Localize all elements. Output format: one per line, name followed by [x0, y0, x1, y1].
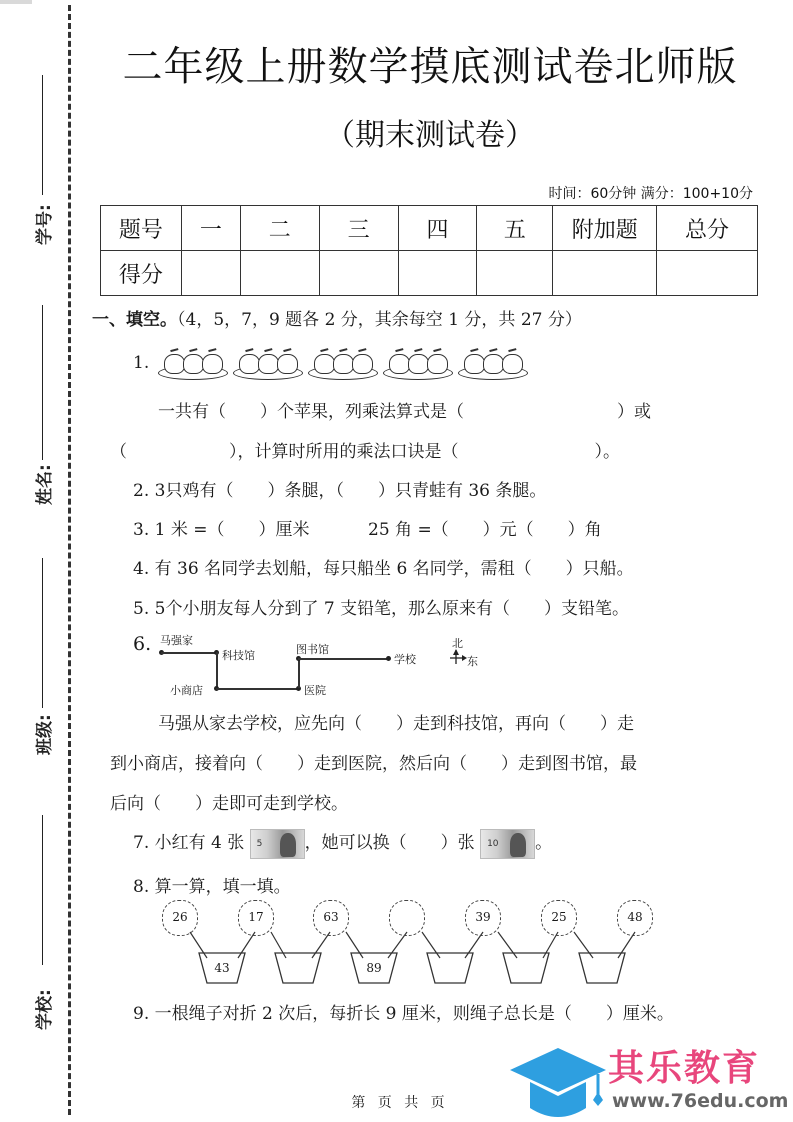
pot-sum: 43 [198, 952, 246, 984]
map-route-segment [216, 652, 218, 688]
q1-line1: 一共有（ ）个苹果，列乘法算式是（ ）或 [158, 397, 651, 422]
apple-plate-icon [308, 348, 378, 380]
q3-text-b: 25 角 =（ ）元（ ）角 [368, 515, 602, 540]
section-1-title: 一、填空。 [92, 310, 177, 330]
name-underline[interactable] [42, 305, 43, 460]
score-cell[interactable] [398, 251, 477, 296]
map-label-school: 学校 [394, 651, 416, 667]
exam-meta: 时间：60分钟 满分：100+10分 [548, 183, 753, 203]
pot-sum: 89 [350, 952, 398, 984]
student-id-label: 学号: [30, 204, 55, 245]
q6-line3: 后向（ ）走即可走到学校。 [110, 789, 348, 814]
pot-blank[interactable] [426, 952, 474, 984]
q1-number: 1. [133, 353, 149, 373]
q4-text: 4. 有 36 名同学去划船，每只船坐 6 名同学，需租（ ）只船。 [133, 554, 634, 579]
q7-part2: ，她可以换（ ）张 [305, 833, 475, 853]
apple-plate-icon [383, 348, 453, 380]
flower-number: 17 [238, 900, 274, 936]
q6-line1: 马强从家去学校，应先向（ ）走到科技馆，再向（ ）走 [158, 709, 634, 734]
score-table: 题号 一 二 三 四 五 附加题 总分 得分 [100, 205, 758, 296]
map-route-segment [298, 658, 388, 660]
q7-part3: 。 [535, 833, 552, 853]
map-route-segment [161, 652, 216, 654]
watermark-logo: 其乐教育 www.76edu.com [508, 1040, 793, 1122]
score-header-cell: 二 [240, 206, 319, 251]
q1-line2: （ ），计算时所用的乘法口诀是（ ）。 [110, 437, 620, 462]
banknote-icon: 5 [250, 829, 305, 859]
compass-east-label: 东 [467, 653, 478, 669]
score-header-cell: 一 [181, 206, 240, 251]
section-1-heading: 一、填空。（4，5，7，9 题各 2 分，其余每空 1 分，共 27 分） [92, 305, 582, 330]
apple-plate-icon [233, 348, 303, 380]
binding-dashed-line [68, 5, 71, 1115]
flower-number: 39 [465, 900, 501, 936]
flower-number: 63 [313, 900, 349, 936]
pot-blank[interactable] [274, 952, 322, 984]
flower-number: 25 [541, 900, 577, 936]
page-footer: 第 页 共 页 [300, 1092, 500, 1112]
map-label-shop: 小商店 [170, 682, 203, 698]
banknote-denomination: 10 [487, 839, 498, 849]
q6-line2: 到小商店，接着向（ ）走到医院，然后向（ ）走到图书馆，最 [110, 749, 637, 774]
score-header-cell: 总分 [657, 206, 758, 251]
school-underline[interactable] [42, 815, 43, 965]
q7-text: 7. 小红有 4 张 5，她可以换（ ）张 10。 [133, 828, 552, 859]
score-cell[interactable] [319, 251, 398, 296]
score-cell[interactable] [240, 251, 319, 296]
school-label: 学校: [30, 989, 55, 1030]
flower-pot-puzzle: 26 17 63 39 25 48 43 89 [160, 900, 660, 990]
score-row-label: 得分 [101, 251, 182, 296]
map-route-segment [216, 688, 298, 690]
q2-text: 2. 3只鸡有（ ）条腿，（ ）只青蛙有 36 条腿。 [133, 476, 546, 501]
score-cell[interactable] [477, 251, 553, 296]
map-point-school [386, 656, 391, 661]
banknote-denomination: 5 [257, 839, 263, 849]
banknote-icon: 10 [480, 829, 535, 859]
page-title: 二年级上册数学摸底测试卷北师版 [100, 35, 760, 92]
top-tab [0, 0, 32, 4]
map-label-library: 图书馆 [296, 641, 329, 657]
q5-text: 5. 5个小朋友每人分到了 7 支铅笔，那么原来有（ ）支铅笔。 [133, 594, 629, 619]
flower-number: 48 [617, 900, 653, 936]
map-label-science: 科技馆 [222, 647, 255, 663]
flower-blank[interactable] [389, 900, 425, 936]
class-label: 班级: [30, 714, 55, 755]
flower-number: 26 [162, 900, 198, 936]
q9-text: 9. 一根绳子对折 2 次后，每折长 9 厘米，则绳子总长是（ ）厘米。 [133, 999, 674, 1024]
q3-text-a: 3. 1 米 =（ ）厘米 [133, 515, 310, 540]
pot-blank[interactable] [502, 952, 550, 984]
score-table-header-row: 题号 一 二 三 四 五 附加题 总分 [101, 206, 758, 251]
score-cell[interactable] [553, 251, 657, 296]
score-cell[interactable] [181, 251, 240, 296]
map-label-home: 马强家 [160, 632, 193, 648]
graduation-cap-icon [508, 1042, 608, 1122]
q7-part1: 7. 小红有 4 张 [133, 833, 244, 853]
score-header-cell: 四 [398, 206, 477, 251]
score-header-cell: 题号 [101, 206, 182, 251]
q8-title: 8. 算一算，填一填。 [133, 872, 291, 897]
apple-plates-illustration [158, 348, 528, 380]
apple-plate-icon [158, 348, 228, 380]
score-header-cell: 附加题 [553, 206, 657, 251]
watermark-brand: 其乐教育 [608, 1040, 760, 1091]
watermark-url: www.76edu.com [612, 1090, 788, 1112]
score-table-score-row: 得分 [101, 251, 758, 296]
compass-arrow-icon [448, 648, 468, 670]
page-subtitle: （期末测试卷） [100, 110, 760, 154]
section-1-note: （4，5，7，9 题各 2 分，其余每空 1 分，共 27 分） [177, 310, 582, 330]
score-cell[interactable] [657, 251, 758, 296]
route-map-diagram: 马强家 科技馆 小商店 医院 图书馆 学校 北 东 [130, 630, 490, 705]
score-header-cell: 三 [319, 206, 398, 251]
student-id-underline[interactable] [42, 75, 43, 195]
name-label: 姓名: [30, 464, 55, 505]
class-underline[interactable] [42, 558, 43, 708]
apple-plate-icon [458, 348, 528, 380]
pot-blank[interactable] [578, 952, 626, 984]
map-route-segment [298, 658, 300, 688]
map-label-hospital: 医院 [304, 682, 326, 698]
score-header-cell: 五 [477, 206, 553, 251]
